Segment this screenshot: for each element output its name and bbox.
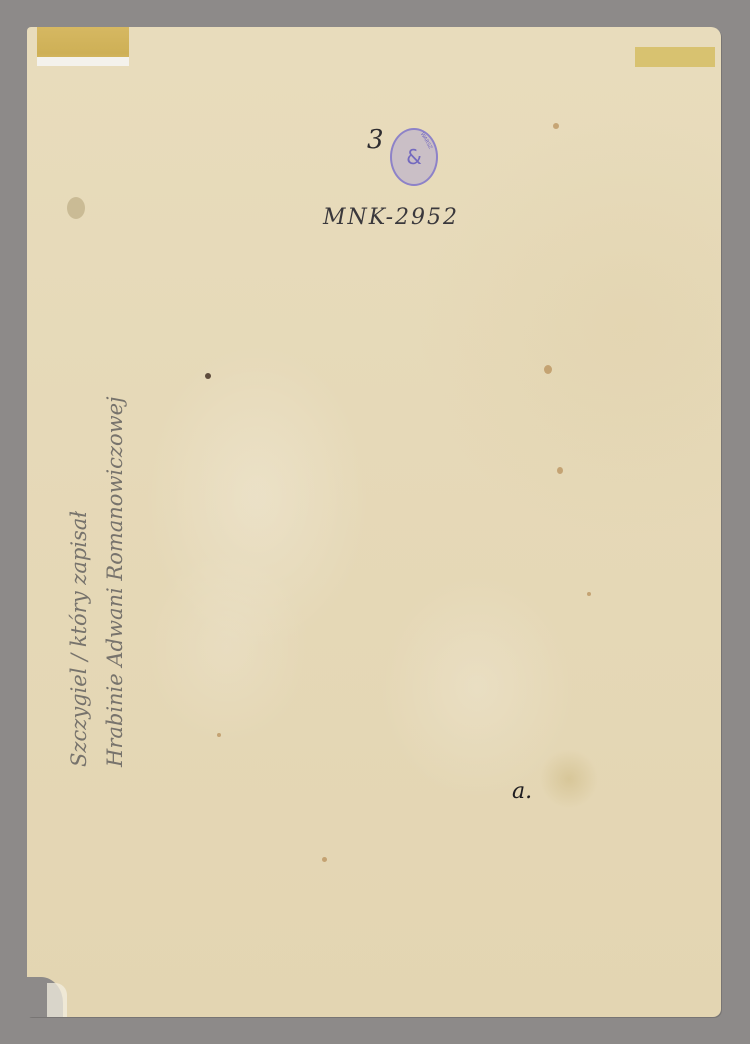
- museum-stamp: & WARSZ: [390, 128, 438, 186]
- card-back: & WARSZ 3 MNK-2952 Szczygiel / który zap…: [27, 27, 721, 1017]
- foxing-stain: [205, 373, 211, 379]
- inventory-number: MNK-2952: [323, 205, 459, 230]
- smudge-mark: [539, 749, 599, 809]
- corner-mark: a.: [512, 779, 532, 804]
- stamp-emblem-icon: &: [406, 145, 422, 169]
- page-number: 3: [367, 125, 384, 155]
- torn-corner: [27, 977, 63, 1017]
- foxing-stain: [322, 857, 327, 862]
- foxing-stain: [553, 123, 559, 129]
- tape-strip-left-edge: [37, 57, 129, 66]
- foxing-stain: [217, 733, 221, 737]
- tape-strip-right: [635, 47, 715, 67]
- foxing-stain: [587, 592, 591, 596]
- handwritten-note-line-2: Hrabinie Adwani Romanowiczowej: [103, 396, 127, 767]
- foxing-stain: [544, 365, 552, 374]
- handwritten-note-line-1: Szczygiel / który zapisał: [67, 511, 91, 767]
- foxing-stain: [557, 467, 563, 474]
- foxing-stain: [67, 197, 85, 219]
